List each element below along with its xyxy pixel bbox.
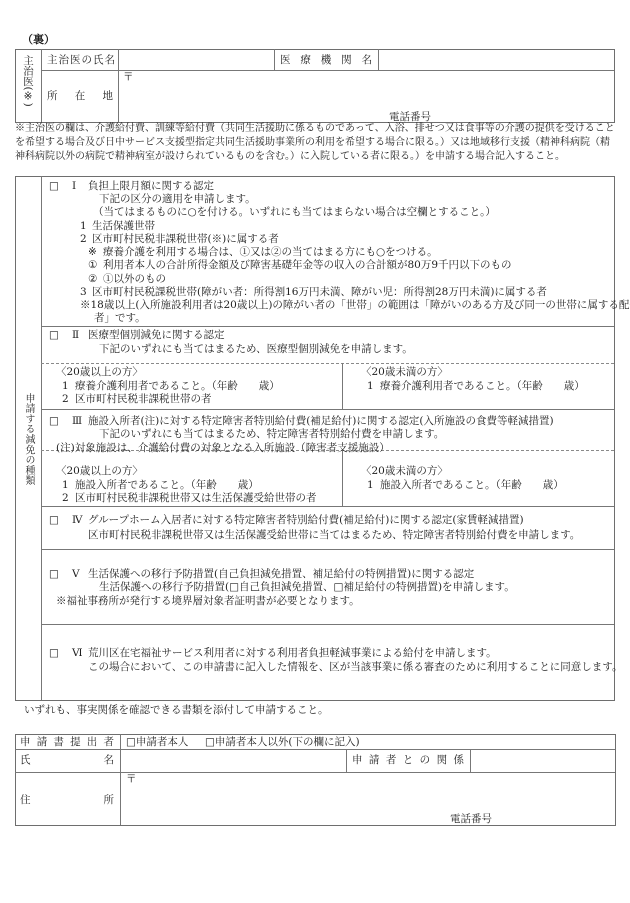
condition-number: 1 — [367, 379, 374, 393]
submitter-name-field[interactable] — [121, 750, 345, 771]
physician-name-label: 主治医の氏名 — [47, 53, 116, 67]
checkbox-supplementary-special[interactable]: □ — [334, 581, 344, 593]
section-numeral: Ⅰ — [72, 179, 76, 193]
section-title: 荒川区在宅福祉サービス利用者に対する利用者負担軽減事業による給付を申請します。 — [88, 646, 497, 660]
option-number: 3 — [80, 285, 87, 299]
option-text: 区市町村民税課税世帯(障がい者：所得割16万円未満、障がい児：所得割28万円未満… — [92, 285, 547, 299]
section-text: 下記のいずれにも当てはまるため、特定障害者特別給付費を申請します。 — [99, 427, 444, 441]
section-text: （当てはまるものに○を付ける。いずれにも当てはまらない場合は空欄とすること。） — [93, 205, 496, 219]
physician-address-label: 所 在 地 — [47, 89, 113, 103]
option-text: ①以外のもの — [103, 272, 166, 286]
divider — [41, 176, 42, 700]
option-supplementary-special: 補足給付の特例措置 — [343, 581, 438, 593]
minor-heading: 〈20歳未満の方〉 — [361, 464, 448, 478]
footer-note: いずれも、事実関係を確認できる書類を添付して申請すること。 — [24, 703, 329, 717]
section-note: ※福祉事務所が発行する境界層対象者証明書が必要となります。 — [56, 594, 360, 608]
condition-text: 施設入所者であること。（年齢 歳） — [75, 478, 259, 492]
section-title: 施設入所者(注)に対する特定障害者特別給付費(補足給付)に関する認定(入所施設の… — [88, 414, 554, 428]
section-numeral: Ⅲ — [72, 414, 82, 428]
divider — [41, 549, 614, 550]
section-numeral: Ⅵ — [72, 646, 83, 660]
adult-heading: 〈20歳以上の方〉 — [56, 365, 143, 379]
section-note: (注)対象施設は、介護給付費の対象となる入所施設（障害者支援施設） — [56, 441, 390, 455]
physician-note-line: 神科病院以外の病院で精神病室が設けられているものを含む。）に入院している者に限る… — [15, 150, 565, 164]
apply-line: 生活保護への移行予防措置(□自己負担減免措置、□補足給付の特例措置)を申請します… — [99, 580, 515, 594]
reductions-section-label: 申請する減免の種類 — [21, 393, 35, 486]
option-number: 1 — [80, 219, 87, 233]
page-side-label: （裏） — [22, 33, 55, 47]
condition-text: 施設入所者であること。（年齢 歳） — [380, 478, 564, 492]
option-self-pay-reduction: 自己負担減免措置 — [239, 581, 323, 593]
checkbox-reduction-4[interactable]: □ — [49, 513, 59, 527]
condition-number: 1 — [62, 478, 69, 492]
submitter-address-label: 住 所 — [20, 793, 114, 807]
submitter-option-self: □申請者本人 — [126, 735, 188, 749]
apply-line-prefix: 生活保護への移行予防措置( — [99, 581, 229, 593]
apply-line-suffix: )を申請します。 — [438, 581, 515, 593]
condition-text: 療養介護利用者であること。（年齢 歳） — [75, 379, 280, 393]
section-text: この場合において、この申請書に記入した情報を、区が当該事業に係る審査のために利用… — [88, 660, 622, 674]
physician-note-line: を希望する場合及び日中サービス支援型指定共同生活援助事業所の利用を希望する場合に… — [15, 136, 610, 150]
condition-number: 1 — [367, 478, 374, 492]
divider — [41, 506, 614, 507]
option-number: 2 — [80, 232, 87, 246]
option-text: 利用者本人の合計所得金額及び障害基礎年金等の収入の合計額が80万9千円以下のもの — [103, 258, 512, 272]
divider — [346, 749, 347, 772]
condition-number: 1 — [62, 379, 69, 393]
submitter-name-label: 氏 名 — [20, 753, 114, 767]
physician-address-field[interactable] — [119, 71, 613, 109]
option-label: 申請者本人 — [136, 736, 189, 748]
condition-text: 区市町村民税非課税世帯の者 — [75, 392, 212, 406]
physician-name-field[interactable] — [119, 50, 273, 70]
submitter-label: 申 請 書 提 出 者 — [20, 735, 114, 749]
submitter-phone-label: 電話番号 — [450, 812, 492, 826]
section-title: グループホーム入居者に対する特定障害者特別給付費(補足給付)に関する認定(家賃軽… — [88, 513, 524, 527]
condition-text: 区市町村民税非課税世帯又は生活保護受給世帯の者 — [75, 491, 317, 505]
submitter-address-field[interactable] — [121, 773, 614, 811]
dashed-divider — [41, 363, 614, 364]
section-note: 者」です。 — [94, 311, 146, 325]
divider — [41, 409, 614, 410]
condition-number: 2 — [62, 491, 69, 505]
section-numeral: Ⅳ — [72, 513, 83, 527]
divider — [342, 363, 343, 409]
option-label: 申請者本人以外(下の欄に記入) — [215, 736, 360, 748]
institution-label: 医 療 機 関 名 — [280, 53, 372, 67]
physician-section-label: 主治医(※) — [21, 55, 35, 107]
checkbox-reduction-2[interactable]: □ — [49, 328, 59, 342]
checkbox-self-pay-reduction[interactable]: □ — [229, 581, 239, 593]
option-number: ① — [88, 258, 97, 272]
apply-line-separator: 、 — [323, 581, 334, 593]
section-numeral: Ⅴ — [72, 567, 80, 581]
checkbox-reduction-6[interactable]: □ — [49, 646, 59, 660]
section-numeral: Ⅱ — [72, 328, 79, 342]
physician-phone-field[interactable] — [440, 110, 610, 122]
option-number: ② — [88, 272, 97, 286]
divider — [41, 326, 614, 327]
divider — [41, 49, 42, 122]
divider — [342, 450, 343, 506]
section-title: 負担上限月額に関する認定 — [88, 179, 214, 193]
submitter-phone-field[interactable] — [500, 812, 612, 824]
section-text: 下記の区分の適用を申請します。 — [99, 192, 256, 206]
adult-heading: 〈20歳以上の方〉 — [56, 464, 143, 478]
relation-field[interactable] — [471, 750, 614, 771]
checkbox-reduction-5[interactable]: □ — [49, 567, 59, 581]
option-text: 生活保護世帯 — [92, 219, 155, 233]
institution-field[interactable] — [379, 50, 613, 70]
physician-note-line: ※主治医の欄は、介護給付費、訓練等給付費（共同生活援助に係るものであって、入浴、… — [15, 122, 615, 136]
relation-label: 申 請 者 と の 関 係 — [352, 753, 464, 767]
submitter-option-other: □申請者本人以外(下の欄に記入) — [205, 735, 360, 749]
section-text: 下記のいずれにも当てはまるため、医療型個別減免を申請します。 — [99, 342, 413, 356]
section-title: 生活保護への移行予防措置(自己負担減免措置、補足給付の特例措置)に関する認定 — [88, 567, 474, 581]
divider — [274, 49, 275, 70]
divider — [41, 624, 614, 625]
condition-number: 2 — [62, 392, 69, 406]
checkbox-reduction-3[interactable]: □ — [49, 414, 59, 428]
option-text: 区市町村民税非課税世帯(※)に属する者 — [92, 232, 279, 246]
section-title: 医療型個別減免に関する認定 — [88, 328, 225, 342]
section-text: 区市町村民税非課税世帯又は生活保護受給世帯に当てはまるため、特定障害者特別給付費… — [88, 528, 580, 542]
section-note: ※18歳以上(入所施設利用者は20歳以上)の障がい者の「世帯」の範囲は「障がいの… — [80, 298, 630, 312]
option-text: 療養介護を利用する場合は、①又は②の当てはまる方にも○をつける。 — [103, 245, 438, 259]
checkbox-reduction-1[interactable]: □ — [49, 179, 59, 193]
checkbox-submitter-self[interactable]: □ — [126, 736, 136, 748]
condition-text: 療養介護利用者であること。（年齢 歳） — [380, 379, 585, 393]
checkbox-submitter-other[interactable]: □ — [205, 736, 215, 748]
option-number: ※ — [88, 245, 97, 259]
minor-heading: 〈20歳未満の方〉 — [361, 365, 448, 379]
